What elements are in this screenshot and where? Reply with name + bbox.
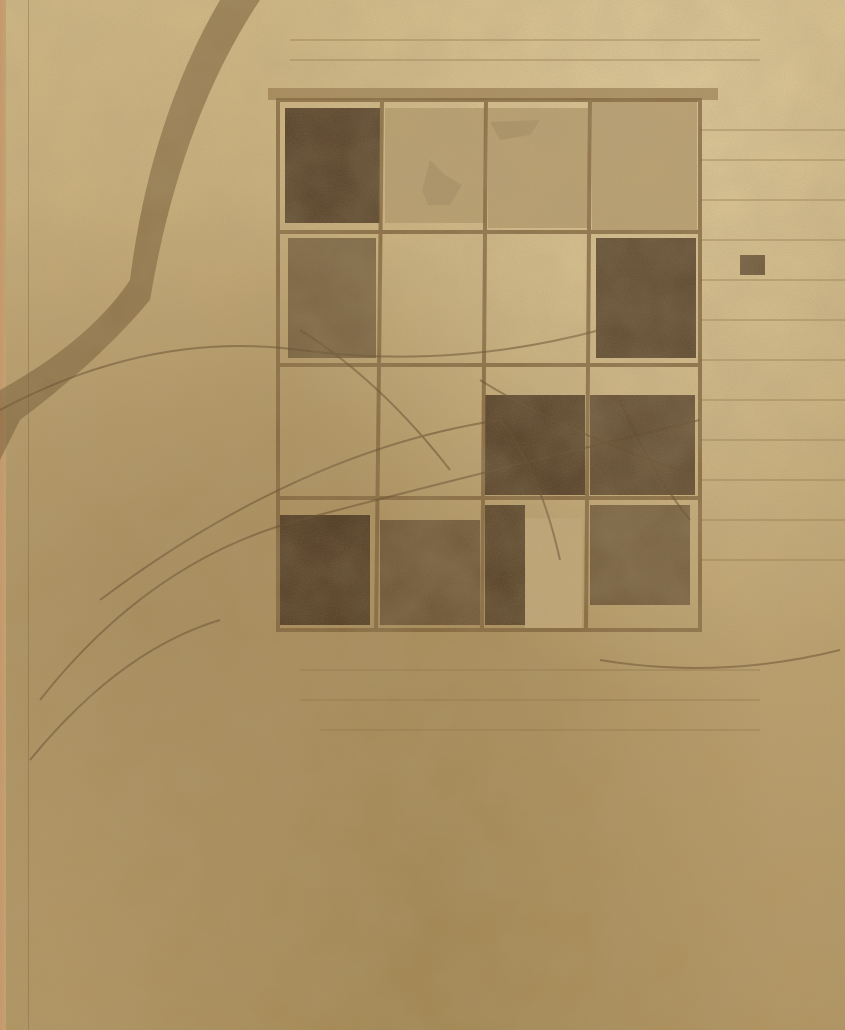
sepia-photograph: [0, 0, 845, 1030]
photo-scene: [0, 0, 845, 1030]
